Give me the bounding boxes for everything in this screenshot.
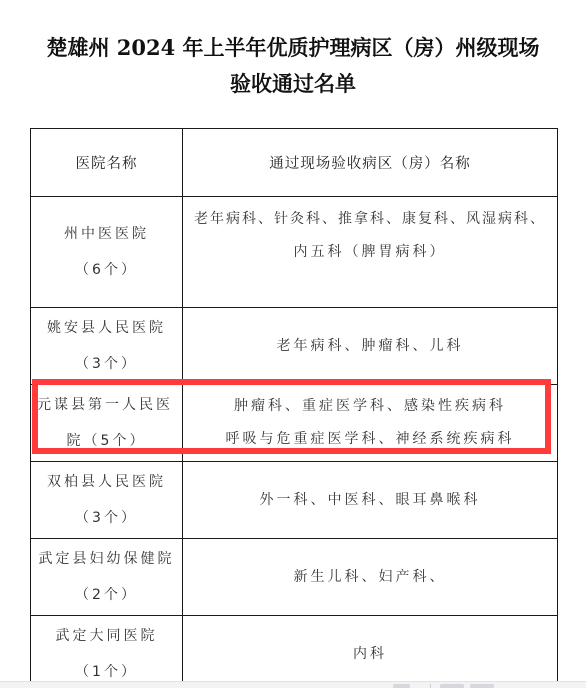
ward-count: （3个） (35, 346, 178, 382)
dept-list-line: 老年病科、针灸科、推拿科、康复科、风湿病科、 (187, 203, 553, 236)
dept-cell: 新生儿科、妇产科、 (183, 539, 558, 616)
ward-count: 院（5个） (35, 423, 178, 459)
table-row: 姚安县人民医院 （3个） 老年病科、肿瘤科、儿科 (31, 308, 558, 385)
dept-cell: 外一科、中医科、眼耳鼻喉科 (183, 462, 558, 539)
dept-list-line: 肿瘤科、重症医学科、感染性疾病科 (187, 390, 553, 423)
dept-list-line: 呼吸与危重症医学科、神经系统疾病科 (187, 423, 553, 456)
dept-list-line: 老年病科、肿瘤科、儿科 (187, 330, 553, 363)
dept-cell: 肿瘤科、重症医学科、感染性疾病科 呼吸与危重症医学科、神经系统疾病科 (183, 385, 558, 462)
ward-count: （6个） (35, 252, 178, 288)
table-header-row: 医院名称 通过现场验收病区（房）名称 (31, 129, 558, 197)
keyboard-icon[interactable] (393, 684, 410, 688)
hospital-name: 武定大同医院 (35, 618, 178, 654)
ward-count: （3个） (35, 500, 178, 536)
hospital-cell: 武定大同医院 （1个） (31, 616, 183, 688)
table-row-highlighted: 元谋县第一人民医 院（5个） 肿瘤科、重症医学科、感染性疾病科 呼吸与危重症医学… (31, 385, 558, 462)
hospital-cell: 双柏县人民医院 （3个） (31, 462, 183, 539)
toolbar-divider (430, 684, 431, 688)
hospital-name: 元谋县第一人民医 (35, 387, 178, 423)
table-row: 双柏县人民医院 （3个） 外一科、中医科、眼耳鼻喉科 (31, 462, 558, 539)
hospital-cell: 武定县妇幼保健院 （2个） (31, 539, 183, 616)
document-title: 楚雄州 2024 年上半年优质护理病区（房）州级现场 验收通过名单 (0, 30, 586, 102)
hospital-name: 州中医医院 (35, 216, 178, 252)
dept-list-line: 内五科（脾胃病科） (187, 236, 553, 269)
acceptance-table: 医院名称 通过现场验收病区（房）名称 州中医医院 （6个） 老年病科、针灸科、推… (30, 128, 558, 688)
table-row: 武定大同医院 （1个） 内科 (31, 616, 558, 688)
table-row: 州中医医院 （6个） 老年病科、针灸科、推拿科、康复科、风湿病科、 内五科（脾胃… (31, 197, 558, 308)
toolbar-button[interactable] (470, 684, 494, 688)
hospital-cell: 元谋县第一人民医 院（5个） (31, 385, 183, 462)
dept-list-line: 新生儿科、妇产科、 (187, 561, 553, 594)
toolbar-button[interactable] (440, 684, 464, 688)
hospital-cell: 姚安县人民医院 （3个） (31, 308, 183, 385)
header-hospital-name: 医院名称 (31, 129, 183, 197)
hospital-cell: 州中医医院 （6个） (31, 197, 183, 308)
title-line-1: 楚雄州 2024 年上半年优质护理病区（房）州级现场 (0, 30, 586, 66)
ward-count: （2个） (35, 577, 178, 613)
dept-cell: 内科 (183, 616, 558, 688)
dept-list-line: 外一科、中医科、眼耳鼻喉科 (187, 484, 553, 517)
viewer-toolbar (0, 681, 586, 688)
header-ward-name: 通过现场验收病区（房）名称 (183, 129, 558, 197)
hospital-name: 姚安县人民医院 (35, 310, 178, 346)
title-line-2: 验收通过名单 (0, 66, 586, 102)
dept-cell: 老年病科、针灸科、推拿科、康复科、风湿病科、 内五科（脾胃病科） (183, 197, 558, 308)
hospital-name: 武定县妇幼保健院 (35, 541, 178, 577)
hospital-name: 双柏县人民医院 (35, 464, 178, 500)
dept-cell: 老年病科、肿瘤科、儿科 (183, 308, 558, 385)
table-row: 武定县妇幼保健院 （2个） 新生儿科、妇产科、 (31, 539, 558, 616)
dept-list-line: 内科 (187, 638, 553, 671)
